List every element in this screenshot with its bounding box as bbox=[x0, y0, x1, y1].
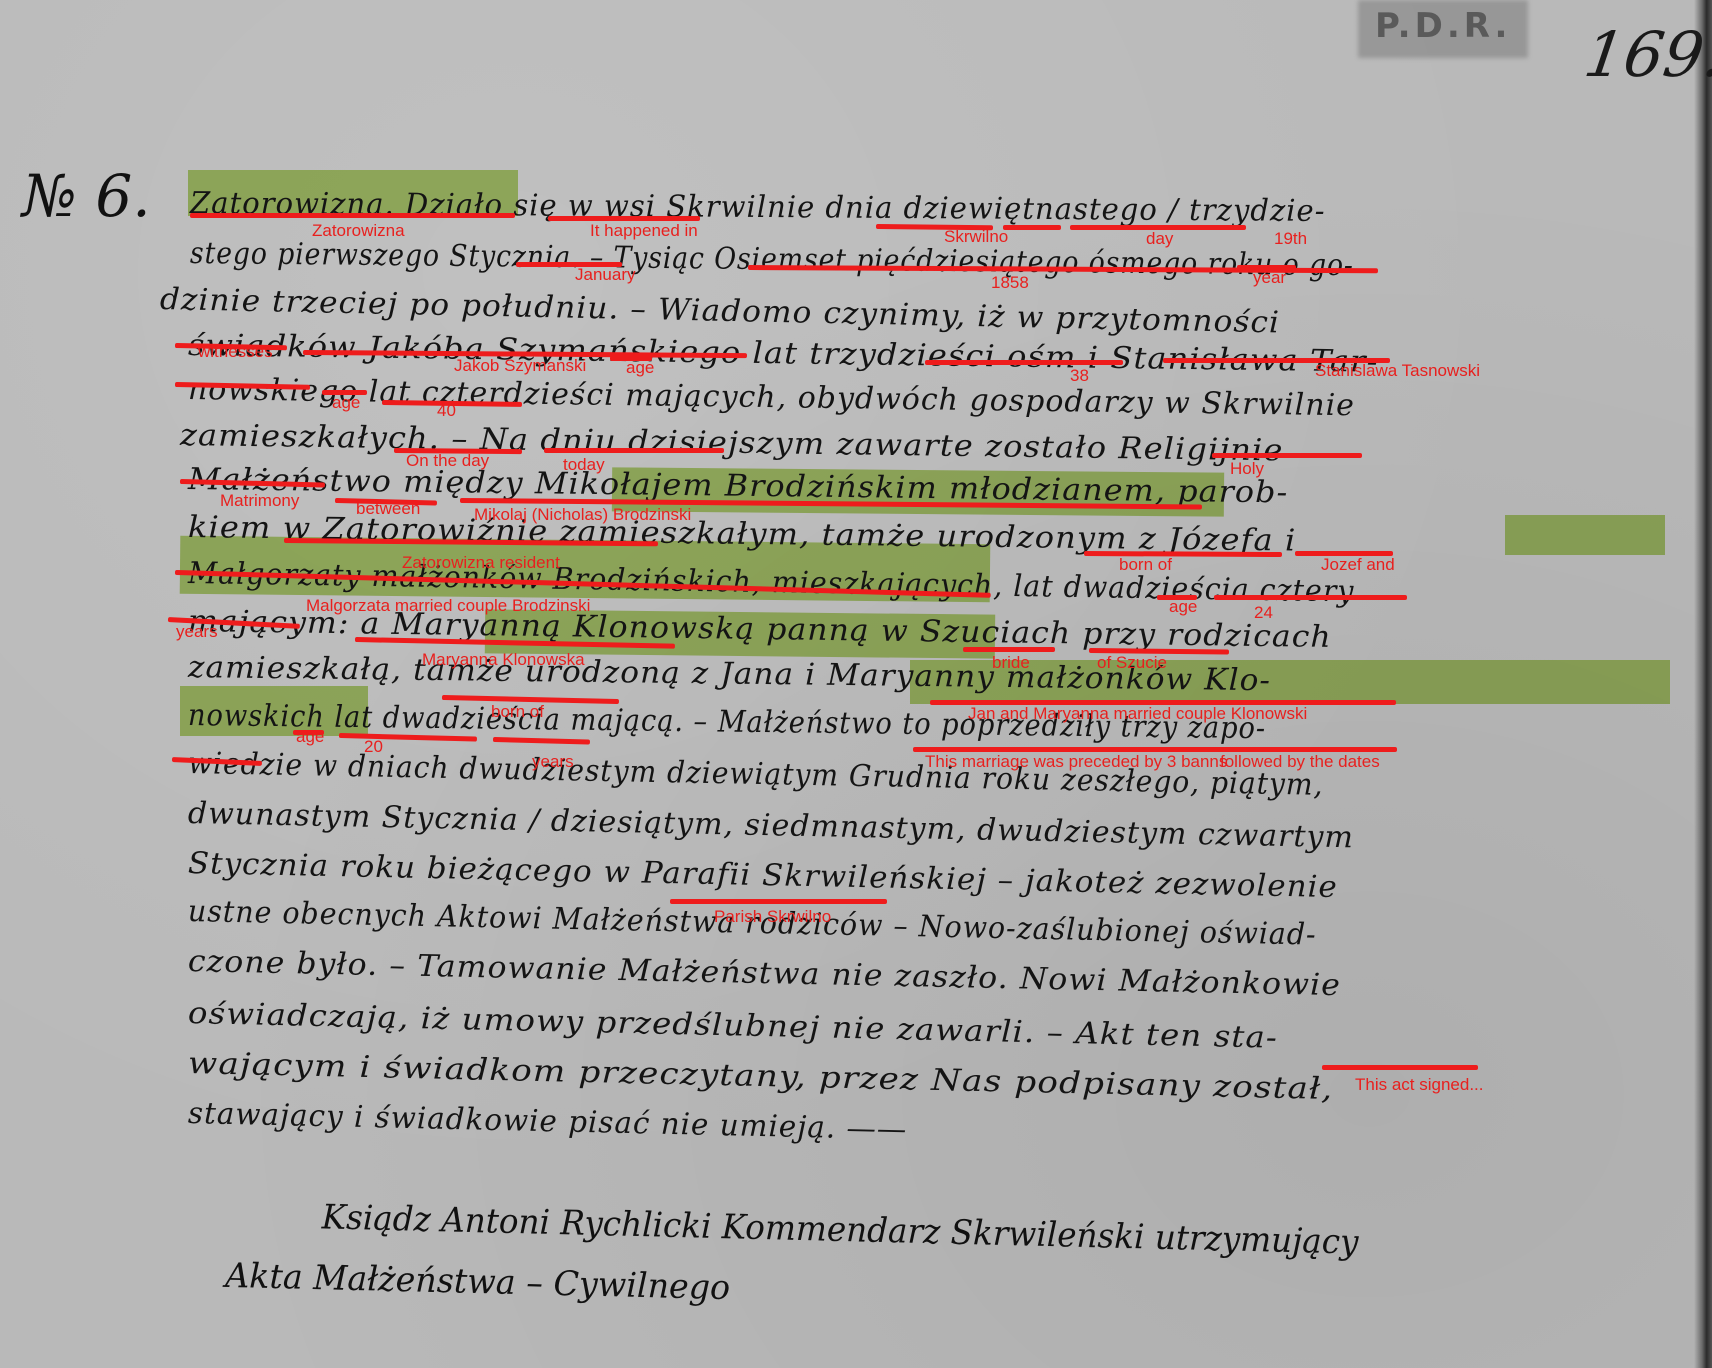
underline bbox=[670, 899, 887, 904]
annotation-label: It happened in bbox=[590, 221, 698, 241]
archive-stamp-text: P.D.R. bbox=[1375, 6, 1511, 46]
annotation-label: years bbox=[176, 622, 218, 642]
annotation-label: Zatorowizna bbox=[312, 221, 405, 241]
underline bbox=[963, 647, 1055, 652]
underline bbox=[190, 213, 515, 218]
annotation-label: between bbox=[356, 499, 420, 519]
annotation-label: 1858 bbox=[991, 273, 1029, 293]
annotation-label: followed by the dates bbox=[1220, 752, 1380, 772]
annotation-label: Zatorowizna resident bbox=[402, 553, 560, 573]
annotation-label: This act signed... bbox=[1355, 1075, 1484, 1095]
handwriting-line: nowskiego lat czterdzieści mających, oby… bbox=[188, 372, 1355, 423]
annotation-label: Matrimony bbox=[220, 491, 299, 511]
handwriting-line: stego pierwszego Stycznia. – Tysiąc Osie… bbox=[190, 236, 1354, 283]
handwriting-line: wającym i świadkom przeczytany, przez Na… bbox=[188, 1046, 1334, 1107]
annotation-label: Jakob Szymanski bbox=[454, 356, 586, 376]
annotation-label: 20 bbox=[364, 737, 383, 757]
underline bbox=[1214, 595, 1407, 600]
underline bbox=[544, 448, 724, 453]
underline bbox=[1212, 453, 1362, 458]
annotation-label: year bbox=[1253, 268, 1286, 288]
page-binding-edge bbox=[1694, 0, 1712, 1368]
annotation-label: Skrwilno bbox=[944, 227, 1008, 247]
annotation-label: born of bbox=[1119, 555, 1172, 575]
annotation-label: Mikolaj (Nicholas) Brodzinski bbox=[474, 505, 691, 525]
handwriting-line: stawający i świadkowie pisać nie umieją.… bbox=[188, 1096, 908, 1147]
annotation-label: Malgorzata married couple Brodzinski bbox=[306, 596, 590, 616]
folio-number: 169. bbox=[1580, 18, 1712, 91]
annotation-label: Jozef and bbox=[1321, 555, 1395, 575]
handwriting-line: oświadczają, iż umowy przedślubnej nie z… bbox=[188, 996, 1279, 1056]
underline bbox=[1322, 1065, 1478, 1070]
annotation-label: age bbox=[626, 358, 654, 378]
highlight-jozef bbox=[1505, 515, 1665, 555]
annotation-label: of Szucie bbox=[1097, 653, 1167, 673]
annotation-label: born of bbox=[491, 702, 544, 722]
annotation-label: today bbox=[563, 455, 605, 475]
annotation-label: age bbox=[332, 393, 360, 413]
record-number: № 6. bbox=[22, 162, 151, 230]
annotation-label: Parish Skrwilno bbox=[714, 907, 831, 927]
annotation-label: Maryanna Klonowska bbox=[422, 650, 585, 670]
handwriting-line: zamieszkałych. – Na dniu dzisiejszym zaw… bbox=[180, 418, 1284, 468]
handwriting-line: czone było. – Tamowanie Małżeństwa nie z… bbox=[188, 944, 1342, 1003]
annotation-label: age bbox=[1169, 597, 1197, 617]
underline bbox=[1084, 551, 1282, 557]
signature-civil-registrar: Akta Małżeństwa – Cywilnego bbox=[225, 1256, 731, 1308]
annotation-label: 40 bbox=[437, 401, 456, 421]
annotation-label: 24 bbox=[1254, 603, 1273, 623]
underline bbox=[1003, 225, 1061, 230]
annotation-label: Stanislawa Tasnowski bbox=[1315, 361, 1480, 381]
handwriting-line: Stycznia roku bieżącego w Parafii Skrwil… bbox=[188, 846, 1339, 905]
annotation-label: 19th bbox=[1274, 229, 1307, 249]
annotation-label: Holy bbox=[1230, 459, 1264, 479]
underline bbox=[493, 737, 590, 745]
annotation-label: years bbox=[532, 752, 574, 772]
underline bbox=[925, 360, 1123, 365]
annotation-label: witnesses bbox=[198, 342, 273, 362]
annotation-label: January bbox=[575, 265, 635, 285]
annotation-label: bride bbox=[992, 653, 1030, 673]
annotation-label: On the day bbox=[406, 451, 489, 471]
signature-priest: Ksiądz Antoni Rychlicki Kommendarz Skrwi… bbox=[321, 1197, 1359, 1262]
annotation-label: Jan and Maryanna married couple Klonowsk… bbox=[968, 704, 1307, 724]
annotation-label: age bbox=[296, 727, 324, 747]
annotation-label: 38 bbox=[1070, 366, 1089, 386]
handwriting-line: dwunastym Stycznia / dziesiątym, siedmna… bbox=[188, 796, 1355, 855]
annotation-label: This marriage was preceded by 3 banns bbox=[925, 752, 1227, 772]
annotation-label: day bbox=[1146, 229, 1173, 249]
